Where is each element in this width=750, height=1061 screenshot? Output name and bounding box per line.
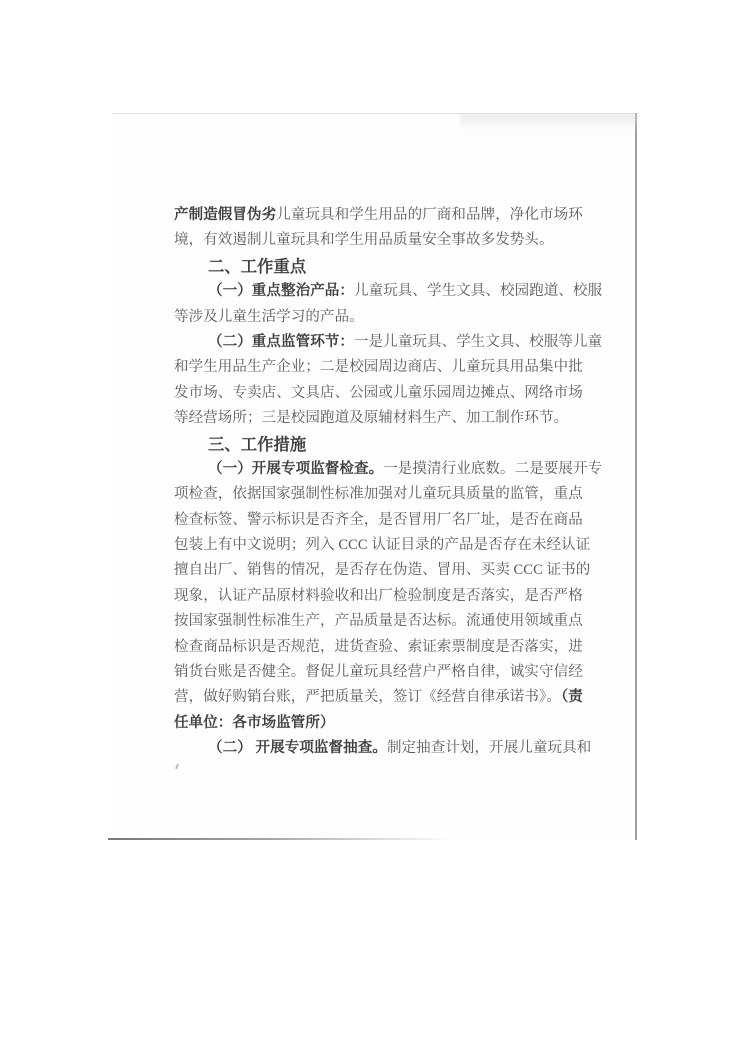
text-segment: 儿童玩具和学生用品的厂商和品牌，净化市场环 (276, 207, 583, 223)
document-text: 产制造假冒伪劣儿童玩具和学生用品的厂商和品牌，净化市场环境，有效遏制儿童玩具和学… (174, 203, 590, 762)
text-segment: 制定抽查计划，开展儿童玩具和 (387, 740, 591, 756)
text-segment: （二） 开展专项监督抽查。 (208, 740, 387, 756)
scan-smudge (460, 114, 637, 132)
text-segment: 按国家强制性标准生产，产品质量是否达标。流通使用领域重点 (174, 613, 583, 629)
text-segment: 现象，认证产品原材料验收和出厂检验制度是否落实，是否严格 (174, 588, 583, 604)
text-segment: 一是摸清行业底数。二是要展开专 (383, 461, 602, 477)
text-line: （二） 开展专项监督抽查。制定抽查计划，开展儿童玩具和 (174, 736, 590, 761)
text-line: 擅自出厂、销售的情况，是否存在伪造、冒用、买卖 CCC 证书的 (174, 558, 590, 583)
text-line: 任单位：各市场监管所） (174, 711, 590, 736)
text-segment: （二）重点监管环节： (208, 334, 354, 350)
text-segment: （责 (561, 689, 583, 705)
text-line: 包装上有中文说明；列入 CCC 认证目录的产品是否存在未经认证 (174, 533, 590, 558)
text-segment: 项检查，依据国家强制性标准加强对儿童玩具质量的监管，重点 (174, 486, 583, 502)
text-segment: 二、工作重点 (208, 257, 306, 276)
text-segment: 等经营场所；三是校园跑道及原辅材料生产、加工制作环节。 (174, 410, 568, 426)
heading-line: 三、工作措施 (174, 432, 590, 457)
text-line: 检查商品标识是否规范，进货查验、索证索票制度是否落实，进 (174, 635, 590, 660)
text-line: 销货台账是否健全。督促儿童玩具经营户严格自律，诚实守信经 (174, 660, 590, 685)
text-segment: （一）开展专项监督检查。 (208, 461, 383, 477)
page-bottom-edge (108, 838, 453, 840)
text-segment: 等涉及儿童生活学习的产品。 (174, 309, 364, 325)
page-right-edge (635, 113, 637, 840)
text-line: （一）重点整治产品：儿童玩具、学生文具、校园跑道、校服 (174, 279, 590, 304)
heading-line: 二、工作重点 (174, 254, 590, 279)
text-line: （二）重点监管环节：一是儿童玩具、学生文具、校服等儿童 (174, 330, 590, 355)
text-line: 和学生用品生产企业；二是校园周边商店、儿童玩具用品集中批 (174, 355, 590, 380)
scanned-document: 产制造假冒伪劣儿童玩具和学生用品的厂商和品牌，净化市场环境，有效遏制儿童玩具和学… (0, 0, 750, 1061)
text-segment: 检查商品标识是否规范，进货查验、索证索票制度是否落实，进 (174, 639, 583, 655)
text-segment: 儿童玩具、学生文具、校园跑道、校服 (354, 283, 602, 299)
text-line: 等经营场所；三是校园跑道及原辅材料生产、加工制作环节。 (174, 406, 590, 431)
text-line: 发市场、专卖店、文具店、公园或儿童乐园周边摊点、网络市场 (174, 381, 590, 406)
text-segment: 任单位：各市场监管所） (174, 715, 335, 731)
text-segment: 检查标签、警示标识是否齐全，是否冒用厂名厂址，是否在商品 (174, 512, 583, 528)
text-segment: 擅自出厂、销售的情况，是否存在伪造、冒用、买卖 CCC 证书的 (174, 562, 590, 578)
text-segment: 营，做好购销台账，严把质量关，签订《经营自律承诺书》。 (174, 689, 561, 705)
text-line: 等涉及儿童生活学习的产品。 (174, 305, 590, 330)
text-line: 按国家强制性标准生产，产品质量是否达标。流通使用领域重点 (174, 609, 590, 634)
text-line: 项检查，依据国家强制性标准加强对儿童玩具质量的监管，重点 (174, 482, 590, 507)
text-line: 现象，认证产品原材料验收和出厂检验制度是否落实，是否严格 (174, 584, 590, 609)
scan-speck (175, 764, 179, 769)
text-segment: 包装上有中文说明；列入 CCC 认证目录的产品是否存在未经认证 (174, 537, 590, 553)
text-line: 检查标签、警示标识是否齐全，是否冒用厂名厂址，是否在商品 (174, 508, 590, 533)
text-segment: 和学生用品生产企业；二是校园周边商店、儿童玩具用品集中批 (174, 359, 583, 375)
text-segment: 三、工作措施 (208, 435, 306, 454)
text-line: 产制造假冒伪劣儿童玩具和学生用品的厂商和品牌，净化市场环 (174, 203, 590, 228)
text-segment: 产制造假冒伪劣 (174, 207, 276, 223)
text-segment: 销货台账是否健全。督促儿童玩具经营户严格自律，诚实守信经 (174, 664, 583, 680)
text-segment: 境，有效遏制儿童玩具和学生用品质量安全事故多发势头。 (174, 232, 554, 248)
page-area: 产制造假冒伪劣儿童玩具和学生用品的厂商和品牌，净化市场环境，有效遏制儿童玩具和学… (110, 113, 637, 840)
text-segment: 发市场、专卖店、文具店、公园或儿童乐园周边摊点、网络市场 (174, 385, 583, 401)
text-segment: （一）重点整治产品： (208, 283, 354, 299)
text-line: 境，有效遏制儿童玩具和学生用品质量安全事故多发势头。 (174, 228, 590, 253)
text-line: 营，做好购销台账，严把质量关，签订《经营自律承诺书》。（责 (174, 685, 590, 710)
text-segment: 一是儿童玩具、学生文具、校服等儿童 (354, 334, 602, 350)
text-line: （一）开展专项监督检查。一是摸清行业底数。二是要展开专 (174, 457, 590, 482)
